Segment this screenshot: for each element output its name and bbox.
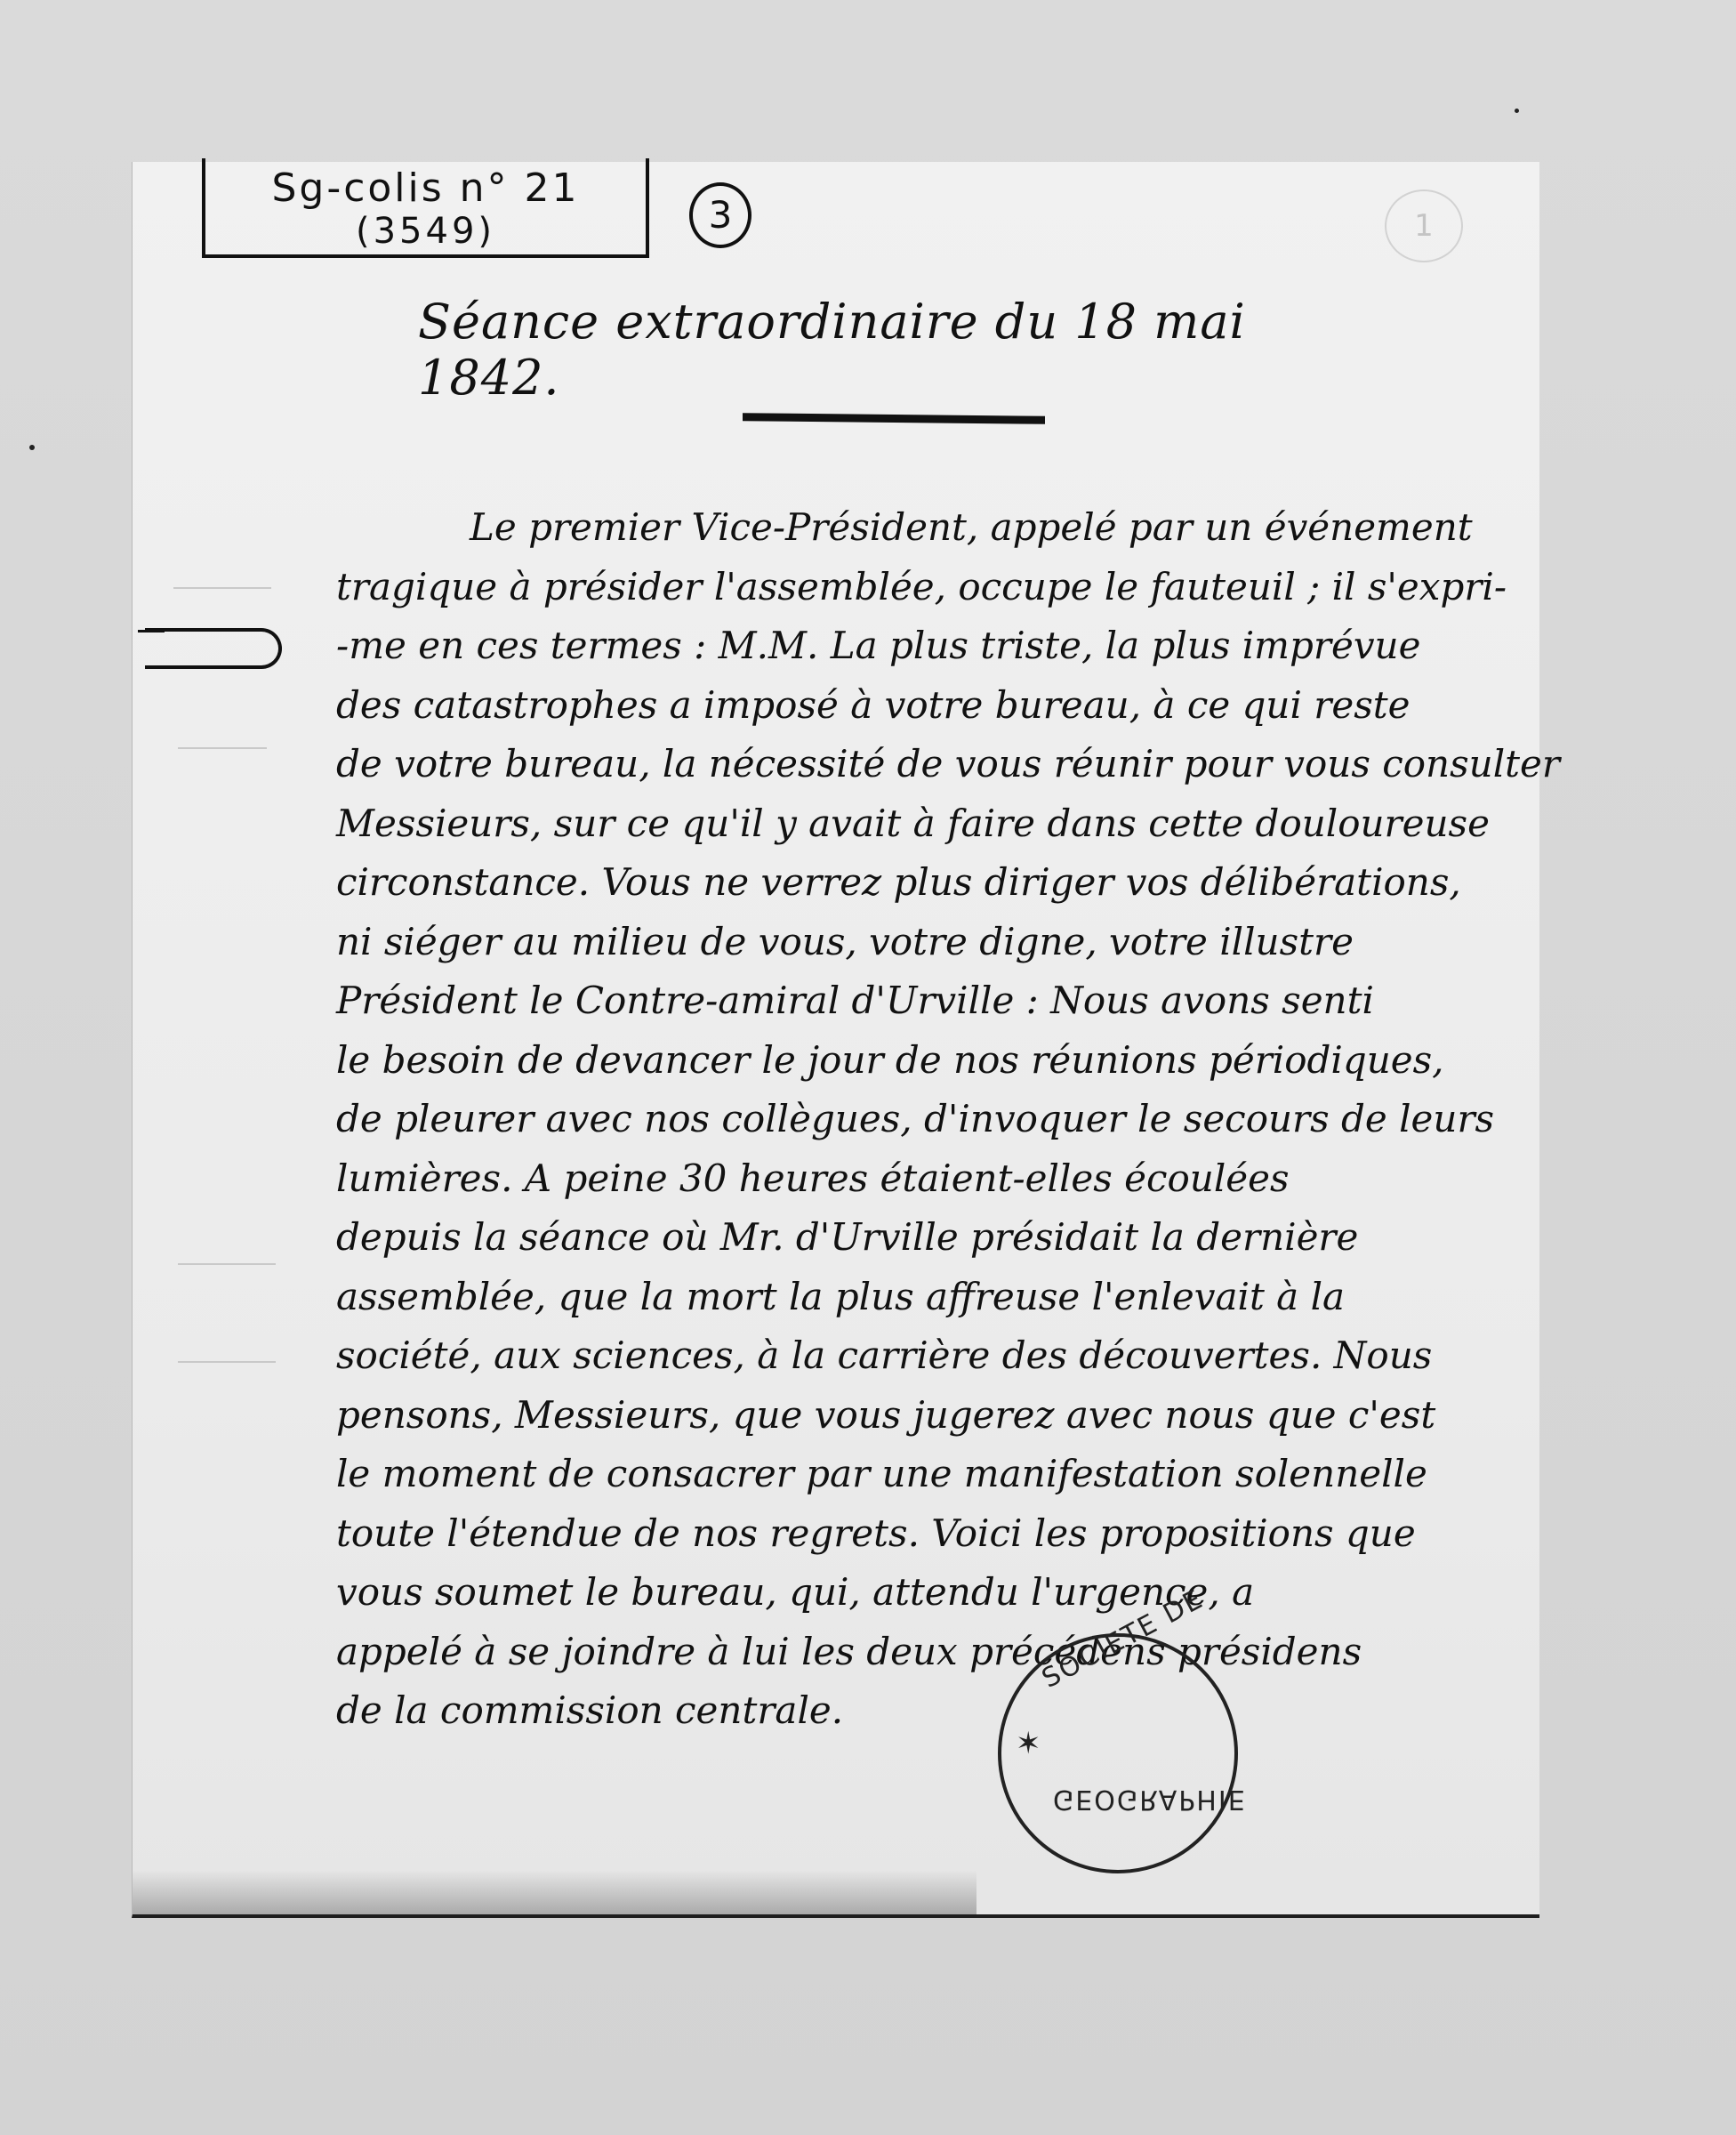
ink-speck [1515, 109, 1519, 113]
page-number: 3 [689, 182, 751, 248]
manuscript-line: toute l'étendue de nos regrets. Voici le… [336, 1504, 1546, 1564]
faint-bleed-through [178, 1361, 276, 1363]
society-stamp: SOCIETE DE ✶ GEOGRAPHIE [998, 1633, 1238, 1873]
manuscript-line: de pleurer avec nos collègues, d'invoque… [336, 1090, 1546, 1149]
manuscript-line: société, aux sciences, à la carrière des… [336, 1326, 1546, 1386]
archive-label: Sg-colis n° 21 (3549) [202, 158, 649, 258]
manuscript-line: le besoin de devancer le jour de nos réu… [336, 1031, 1546, 1091]
manuscript-line: Messieurs, sur ce qu'il y avait à faire … [336, 794, 1546, 854]
manuscript-line: lumières. A peine 30 heures étaient-elle… [336, 1149, 1546, 1209]
manuscript-line: de la commission centrale. [336, 1681, 1546, 1741]
manuscript-line: depuis la séance où Mr. d'Urville présid… [336, 1208, 1546, 1268]
manuscript-line: de votre bureau, la nécessité de vous ré… [336, 735, 1546, 794]
page-shadow [133, 1870, 976, 1914]
manuscript-line: tragique à présider l'assemblée, occupe … [336, 558, 1546, 617]
faint-bleed-through [178, 747, 267, 749]
archive-reference: Sg-colis n° 21 [205, 167, 646, 210]
star-icon: ✶ [1016, 1726, 1041, 1761]
manuscript-line: -me en ces termes : M.M. La plus triste,… [336, 616, 1546, 676]
manuscript-line: Le premier Vice-Président, appelé par un… [336, 498, 1546, 558]
faint-bleed-through [178, 1263, 276, 1265]
manuscript-body: Le premier Vice-Président, appelé par un… [336, 498, 1546, 1741]
manuscript-line: vous soumet le bureau, qui, attendu l'ur… [336, 1563, 1546, 1623]
manuscript-line: pensons, Messieurs, que vous jugerez ave… [336, 1386, 1546, 1446]
manuscript-line: le moment de consacrer par une manifesta… [336, 1445, 1546, 1504]
pencil-folio-number: 1 [1385, 189, 1463, 262]
stamp-bottom-text: GEOGRAPHIE [1053, 1784, 1247, 1815]
manuscript-line: circonstance. Vous ne verrez plus dirige… [336, 853, 1546, 913]
manuscript-line: ni siéger au milieu de vous, votre digne… [336, 913, 1546, 972]
faint-bleed-through [173, 587, 271, 589]
document-title: Séance extraordinaire du 18 mai 1842. [418, 294, 1396, 406]
margin-bracket-mark [145, 628, 282, 669]
archive-number: (3549) [205, 210, 646, 253]
ink-speck [29, 445, 35, 450]
manuscript-line: des catastrophes a imposé à votre bureau… [336, 676, 1546, 736]
manuscript-line: assemblée, que la mort la plus affreuse … [336, 1268, 1546, 1327]
manuscript-line: appelé à se joindre à lui les deux précé… [336, 1623, 1546, 1682]
manuscript-line: Président le Contre-amiral d'Urville : N… [336, 971, 1546, 1031]
